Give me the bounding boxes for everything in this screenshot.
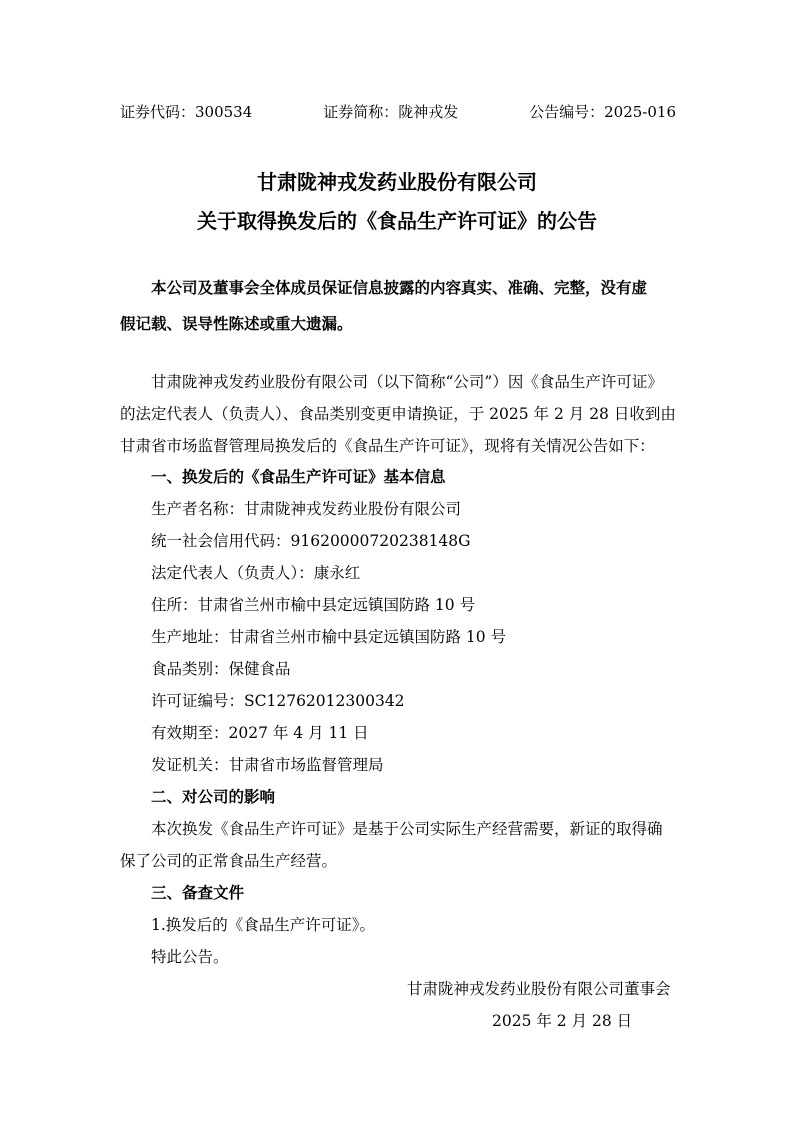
intro-line-3: 甘肃省市场监督管理局换发后的《食品生产许可证》，现将有关情况公告如下： <box>120 435 676 457</box>
announcement-number: 公告编号：2025-016 <box>529 101 676 123</box>
intro-line-2: 的法定代表人（负责人）、食品类别变更申请换证，于 2025 年 2 月 28 日… <box>120 403 676 425</box>
reference-doc-1: 1.换发后的《食品生产许可证》。 <box>151 914 707 936</box>
info-legal-rep: 法定代表人（负责人）：康永红 <box>151 562 707 584</box>
statement-line-2: 假记载、误导性陈述或重大遗漏。 <box>120 313 676 335</box>
title-company: 甘肃陇神戎发药业股份有限公司 <box>0 168 794 196</box>
info-producer-name: 生产者名称：甘肃陇神戎发药业股份有限公司 <box>151 498 707 520</box>
impact-line-2: 保了公司的正常食品生产经营。 <box>120 850 676 872</box>
announcement-page: 证券代码：300534 证券简称：陇神戎发 公告编号：2025-016 甘肃陇神… <box>0 0 794 1122</box>
info-valid-until: 有效期至：2027 年 4 月 11 日 <box>151 722 707 744</box>
closing-text: 特此公告。 <box>151 946 707 968</box>
stock-code: 证券代码：300534 <box>120 101 252 123</box>
title-subject: 关于取得换发后的《食品生产许可证》的公告 <box>0 207 794 235</box>
header-row: 证券代码：300534 证券简称：陇神戎发 公告编号：2025-016 <box>120 101 676 123</box>
section2-heading: 二、对公司的影响 <box>151 786 275 808</box>
signature-org: 甘肃陇神戎发药业股份有限公司董事会 <box>407 978 671 1000</box>
info-credit-code: 统一社会信用代码：91620000720238148G <box>151 530 707 552</box>
info-address: 住所：甘肃省兰州市榆中县定远镇国防路 10 号 <box>151 594 707 616</box>
info-license-number: 许可证编号：SC12762012300342 <box>151 690 707 712</box>
stock-name: 证券简称：陇神戎发 <box>323 101 458 123</box>
section3-heading: 三、备查文件 <box>151 882 244 904</box>
info-food-category: 食品类别：保健食品 <box>151 658 707 680</box>
info-issuing-authority: 发证机关：甘肃省市场监督管理局 <box>151 754 707 776</box>
signature-date: 2025 年 2 月 28 日 <box>492 1010 632 1032</box>
statement-line-1: 本公司及董事会全体成员保证信息披露的内容真实、准确、完整，没有虚 <box>151 277 707 299</box>
section1-heading: 一、换发后的《食品生产许可证》基本信息 <box>151 466 446 488</box>
impact-line-1: 本次换发《食品生产许可证》是基于公司实际生产经营需要，新证的取得确 <box>151 818 707 840</box>
intro-line-1: 甘肃陇神戎发药业股份有限公司（以下简称“公司”）因《食品生产许可证》 <box>151 371 707 393</box>
info-production-address: 生产地址：甘肃省兰州市榆中县定远镇国防路 10 号 <box>151 626 707 648</box>
